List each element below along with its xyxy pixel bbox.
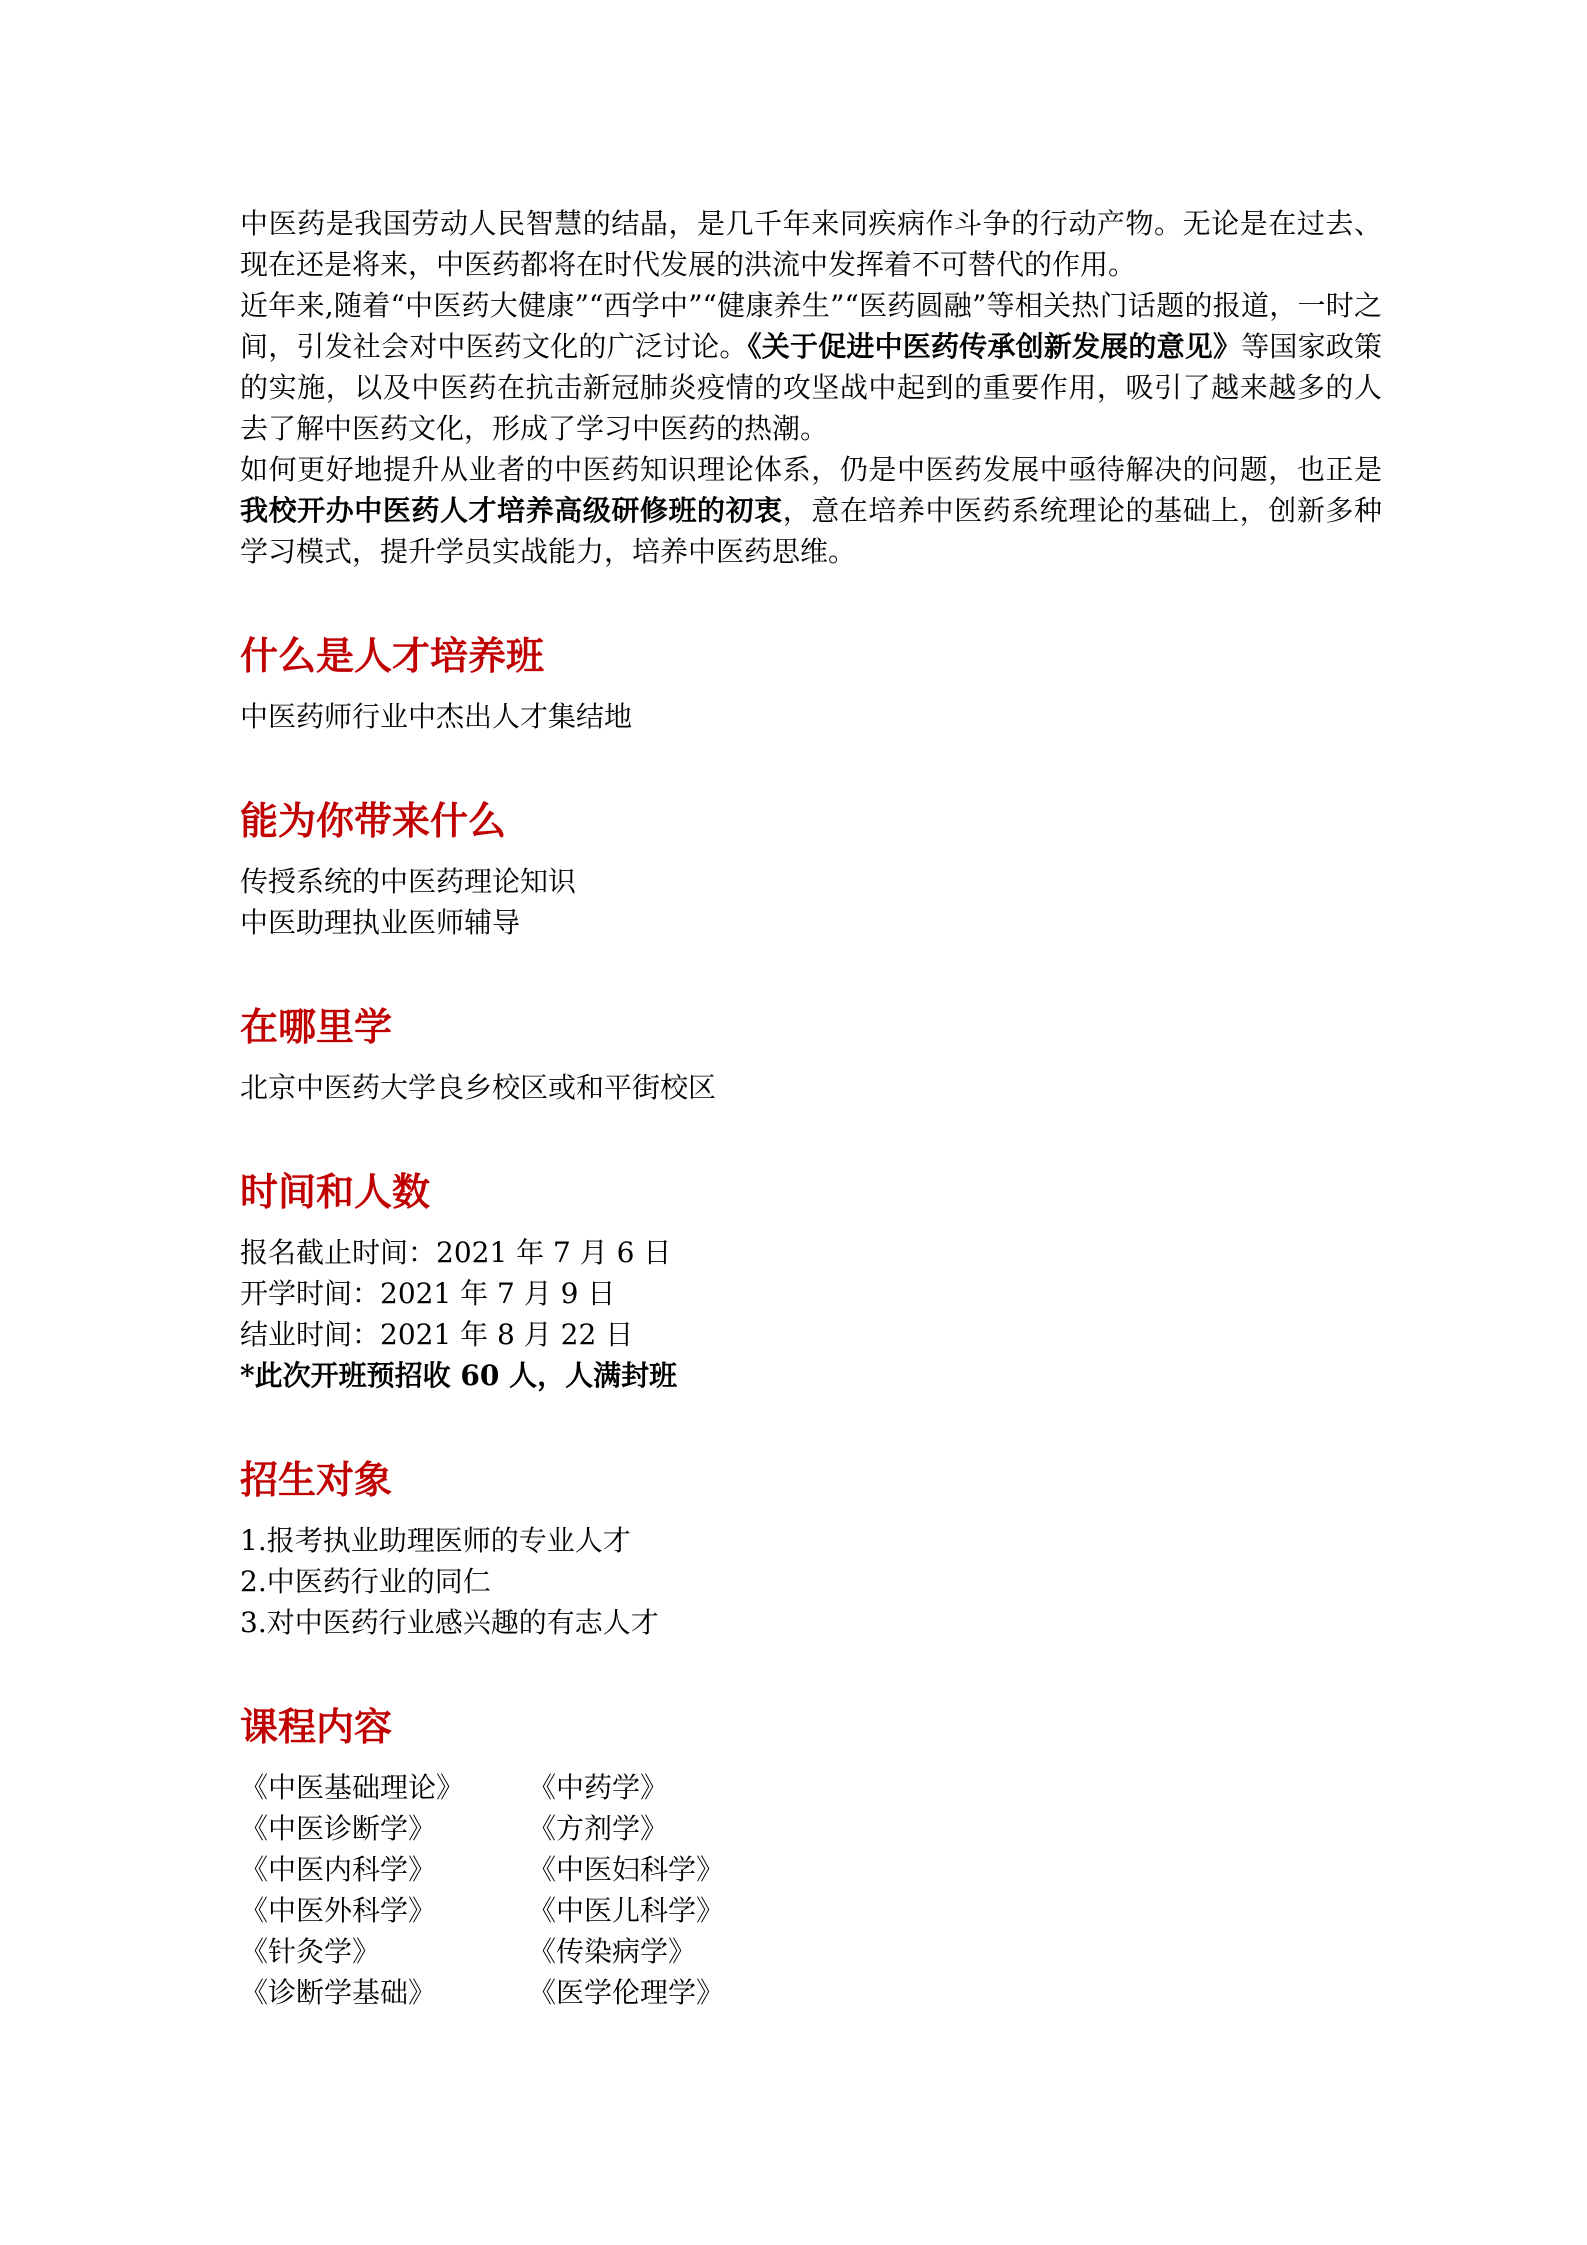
- bold-text-run: 我校开办中医药人才培养高级研修班的初衷: [240, 494, 783, 527]
- text-run: 中医药是我国劳动人民智慧的结晶，是几千年来同疾病作斗争的行动产物。无论是在过去、…: [240, 207, 1382, 281]
- course-title: 《中医诊断学》: [240, 1808, 528, 1849]
- section-heading: 什么是人才培养班: [240, 634, 1382, 678]
- section-heading: 课程内容: [240, 1705, 1382, 1749]
- body-line: 3.对中医药行业感兴趣的有志人才: [240, 1602, 1382, 1643]
- intro-paragraph: 如何更好地提升从业者的中医药知识理论体系，仍是中医药发展中亟待解决的问题，也正是…: [240, 449, 1382, 572]
- section-body: 报名截止时间：2021 年 7 月 6 日开学时间：2021 年 7 月 9 日…: [240, 1232, 1382, 1396]
- body-line: 开学时间：2021 年 7 月 9 日: [240, 1273, 1382, 1314]
- bold-text-run: 《关于促进中医药传承创新发展的意见》: [748, 330, 1242, 363]
- body-line: 中医药师行业中杰出人才集结地: [240, 696, 1382, 737]
- section-time-and-capacity: 时间和人数 报名截止时间：2021 年 7 月 6 日开学时间：2021 年 7…: [240, 1170, 1382, 1396]
- intro-paragraphs: 中医药是我国劳动人民智慧的结晶，是几千年来同疾病作斗争的行动产物。无论是在过去、…: [240, 203, 1382, 572]
- course-row: 《诊断学基础》《医学伦理学》: [240, 1972, 1382, 2013]
- document-page: 中医药是我国劳动人民智慧的结晶，是几千年来同疾病作斗争的行动产物。无论是在过去、…: [0, 0, 1587, 2245]
- course-list: 《中医基础理论》《中药学》《中医诊断学》《方剂学》《中医内科学》《中医妇科学》《…: [240, 1767, 1382, 2013]
- section-heading: 招生对象: [240, 1458, 1382, 1502]
- section-body: 传授系统的中医药理论知识中医助理执业医师辅导: [240, 861, 1382, 943]
- course-title: 《针灸学》: [240, 1931, 528, 1972]
- section-body: 中医药师行业中杰出人才集结地: [240, 696, 1382, 737]
- body-line: 2.中医药行业的同仁: [240, 1561, 1382, 1602]
- course-title: 《中药学》: [528, 1767, 1382, 1808]
- section-heading: 时间和人数: [240, 1170, 1382, 1214]
- course-title: 《中医妇科学》: [528, 1849, 1382, 1890]
- body-line: 报名截止时间：2021 年 7 月 6 日: [240, 1232, 1382, 1273]
- body-line: 北京中医药大学良乡校区或和平街校区: [240, 1067, 1382, 1108]
- body-line: 1.报考执业助理医师的专业人才: [240, 1520, 1382, 1561]
- text-run: 如何更好地提升从业者的中医药知识理论体系，仍是中医药发展中亟待解决的问题，也正是: [240, 453, 1382, 486]
- section-location: 在哪里学 北京中医药大学良乡校区或和平街校区: [240, 1005, 1382, 1108]
- body-line: 中医助理执业医师辅导: [240, 902, 1382, 943]
- section-what-is-training-class: 什么是人才培养班 中医药师行业中杰出人才集结地: [240, 634, 1382, 737]
- course-title: 《方剂学》: [528, 1808, 1382, 1849]
- intro-paragraph: 近年来,随着“中医药大健康”“西学中”“健康养生”“医药圆融”等相关热门话题的报…: [240, 285, 1382, 449]
- section-course-content: 课程内容 《中医基础理论》《中药学》《中医诊断学》《方剂学》《中医内科学》《中医…: [240, 1705, 1382, 2013]
- course-row: 《针灸学》《传染病学》: [240, 1931, 1382, 1972]
- course-title: 《传染病学》: [528, 1931, 1382, 1972]
- course-row: 《中医诊断学》《方剂学》: [240, 1808, 1382, 1849]
- section-heading: 在哪里学: [240, 1005, 1382, 1049]
- course-title: 《诊断学基础》: [240, 1972, 528, 2013]
- section-benefits: 能为你带来什么 传授系统的中医药理论知识中医助理执业医师辅导: [240, 799, 1382, 943]
- course-row: 《中医外科学》《中医儿科学》: [240, 1890, 1382, 1931]
- body-line: 传授系统的中医药理论知识: [240, 861, 1382, 902]
- body-line: 结业时间：2021 年 8 月 22 日: [240, 1314, 1382, 1355]
- course-title: 《中医儿科学》: [528, 1890, 1382, 1931]
- section-target-students: 招生对象 1.报考执业助理医师的专业人才2.中医药行业的同仁3.对中医药行业感兴…: [240, 1458, 1382, 1643]
- section-heading: 能为你带来什么: [240, 799, 1382, 843]
- course-title: 《医学伦理学》: [528, 1972, 1382, 2013]
- section-body: 北京中医药大学良乡校区或和平街校区: [240, 1067, 1382, 1108]
- course-title: 《中医内科学》: [240, 1849, 528, 1890]
- course-row: 《中医内科学》《中医妇科学》: [240, 1849, 1382, 1890]
- course-title: 《中医外科学》: [240, 1890, 528, 1931]
- body-line: *此次开班预招收 60 人，人满封班: [240, 1355, 1382, 1396]
- course-row: 《中医基础理论》《中药学》: [240, 1767, 1382, 1808]
- course-title: 《中医基础理论》: [240, 1767, 528, 1808]
- section-body: 1.报考执业助理医师的专业人才2.中医药行业的同仁3.对中医药行业感兴趣的有志人…: [240, 1520, 1382, 1643]
- intro-paragraph: 中医药是我国劳动人民智慧的结晶，是几千年来同疾病作斗争的行动产物。无论是在过去、…: [240, 203, 1382, 285]
